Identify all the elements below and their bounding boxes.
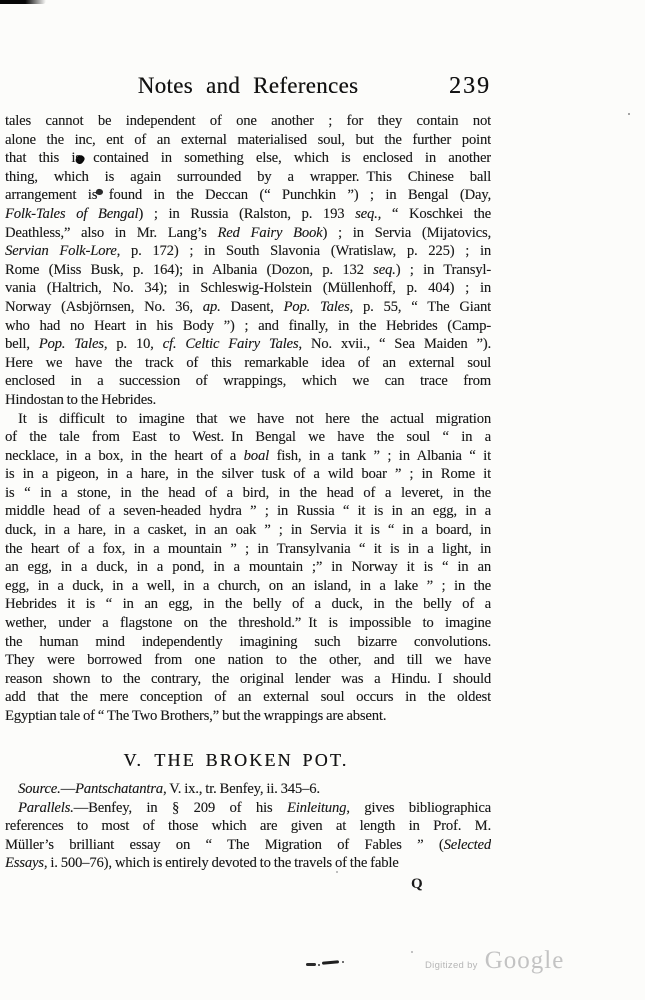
paragraph: Source.—Pantschatantra, V. ix., tr. Benf… — [5, 780, 491, 799]
text-line: Essays, i. 500–76), which is entirely de… — [5, 854, 491, 873]
text-line: Hebrides it is “ in an egg, in the belly… — [5, 595, 491, 614]
text-line: alone the inc, ent of an external materi… — [5, 131, 491, 150]
page-number: 239 — [449, 73, 491, 100]
google-logo: Google — [485, 947, 565, 975]
running-head: Notes and References 239 — [5, 73, 491, 99]
text-line: They were borrowed from one nation to th… — [5, 651, 491, 670]
text-line: enclosed in a succession of wrappings, w… — [5, 372, 491, 391]
text-line: Parallels.—Benfey, in § 209 of his Einle… — [5, 799, 491, 818]
text-line: arrangement is found in the Deccan (“ Pu… — [5, 186, 491, 205]
text-line: is “ in a stone, in the head of a bird, … — [5, 484, 491, 503]
text-line: Here we have the track of this remarkabl… — [5, 354, 491, 373]
scan-smudge — [342, 961, 344, 963]
text-line: Folk-Tales of Bengal) ; in Russia (Ralst… — [5, 205, 491, 224]
text-line: Hindostan to the Hebrides. — [5, 391, 491, 410]
text-line: Source.—Pantschatantra, V. ix., tr. Benf… — [5, 780, 491, 799]
paragraph: tales cannot be independent of one anoth… — [5, 112, 491, 410]
text-line: necklace, in a box, in the heart of a bo… — [5, 447, 491, 466]
text-line: Müller’s brilliant essay on “ The Migrat… — [5, 836, 491, 855]
text-line: duck, in a hare, in a casket, in an oak … — [5, 521, 491, 540]
text-line: Norway (Asbjörnsen, No. 36, ap. Dasent, … — [5, 298, 491, 317]
notes-text: Source.—Pantschatantra, V. ix., tr. Benf… — [5, 780, 491, 873]
watermark-prefix: Digitized by — [425, 960, 478, 971]
paper-speck — [628, 113, 630, 115]
text-line: Egyptian tale of “ The Two Brothers,” bu… — [5, 707, 491, 726]
section-heading: V. THE BROKEN POT. — [5, 750, 491, 771]
text-line: an egg, in a duck, in a pond, in a mount… — [5, 558, 491, 577]
text-line: vania (Haltrich, No. 34); in Schleswig-H… — [5, 279, 491, 298]
text-line: references to most of those which are gi… — [5, 817, 491, 836]
paragraph: Parallels.—Benfey, in § 209 of his Einle… — [5, 799, 491, 873]
scan-smudge — [306, 963, 316, 966]
scan-corner-artifact — [0, 0, 46, 4]
text-line: of the tale from East to West. In Bengal… — [5, 428, 491, 447]
page-title: Notes and References — [138, 73, 359, 98]
text-line: reason shown to the contrary, the origin… — [5, 670, 491, 689]
text-line: wether, under a flagstone on the thresho… — [5, 614, 491, 633]
text-line: middle head of a seven-headed hydra ” ; … — [5, 502, 491, 521]
text-line: tales cannot be independent of one anoth… — [5, 112, 491, 131]
text-line: It is difficult to imagine that we have … — [5, 410, 491, 429]
body-text: tales cannot be independent of one anoth… — [5, 112, 491, 726]
paper-speck — [336, 871, 338, 873]
text-line: that this is contained in something else… — [5, 149, 491, 168]
paper-speck — [411, 951, 413, 953]
paragraph: It is difficult to imagine that we have … — [5, 410, 491, 726]
scan-smudge — [318, 964, 320, 966]
text-line: egg, in a duck, in a well, in a church, … — [5, 577, 491, 596]
text-line: is in a pigeon, in a hare, in the silver… — [5, 465, 491, 484]
scan-smudge — [322, 960, 339, 964]
text-line: Servian Folk-Lore, p. 172) ; in South Sl… — [5, 242, 491, 261]
text-line: thing, which is again surrounded by a wr… — [5, 168, 491, 187]
text-line: the heart of a fox, in a mountain ” ; in… — [5, 540, 491, 559]
text-line: who had no Heart in his Body ”) ; and fi… — [5, 317, 491, 336]
text-line: Deathless,” also in Mr. Lang’s Red Fairy… — [5, 224, 491, 243]
digitization-watermark: Digitized by Google — [425, 947, 564, 975]
scanned-book-page: Notes and References 239 tales cannot be… — [0, 0, 645, 1000]
text-line: add that the mere conception of an exter… — [5, 688, 491, 707]
text-line: bell, Pop. Tales, p. 10, cf. Celtic Fair… — [5, 335, 491, 354]
text-line: the human mind independently imagining s… — [5, 633, 491, 652]
text-line: Rome (Miss Busk, p. 164); in Albania (Do… — [5, 261, 491, 280]
signature-mark: Q — [411, 876, 423, 893]
